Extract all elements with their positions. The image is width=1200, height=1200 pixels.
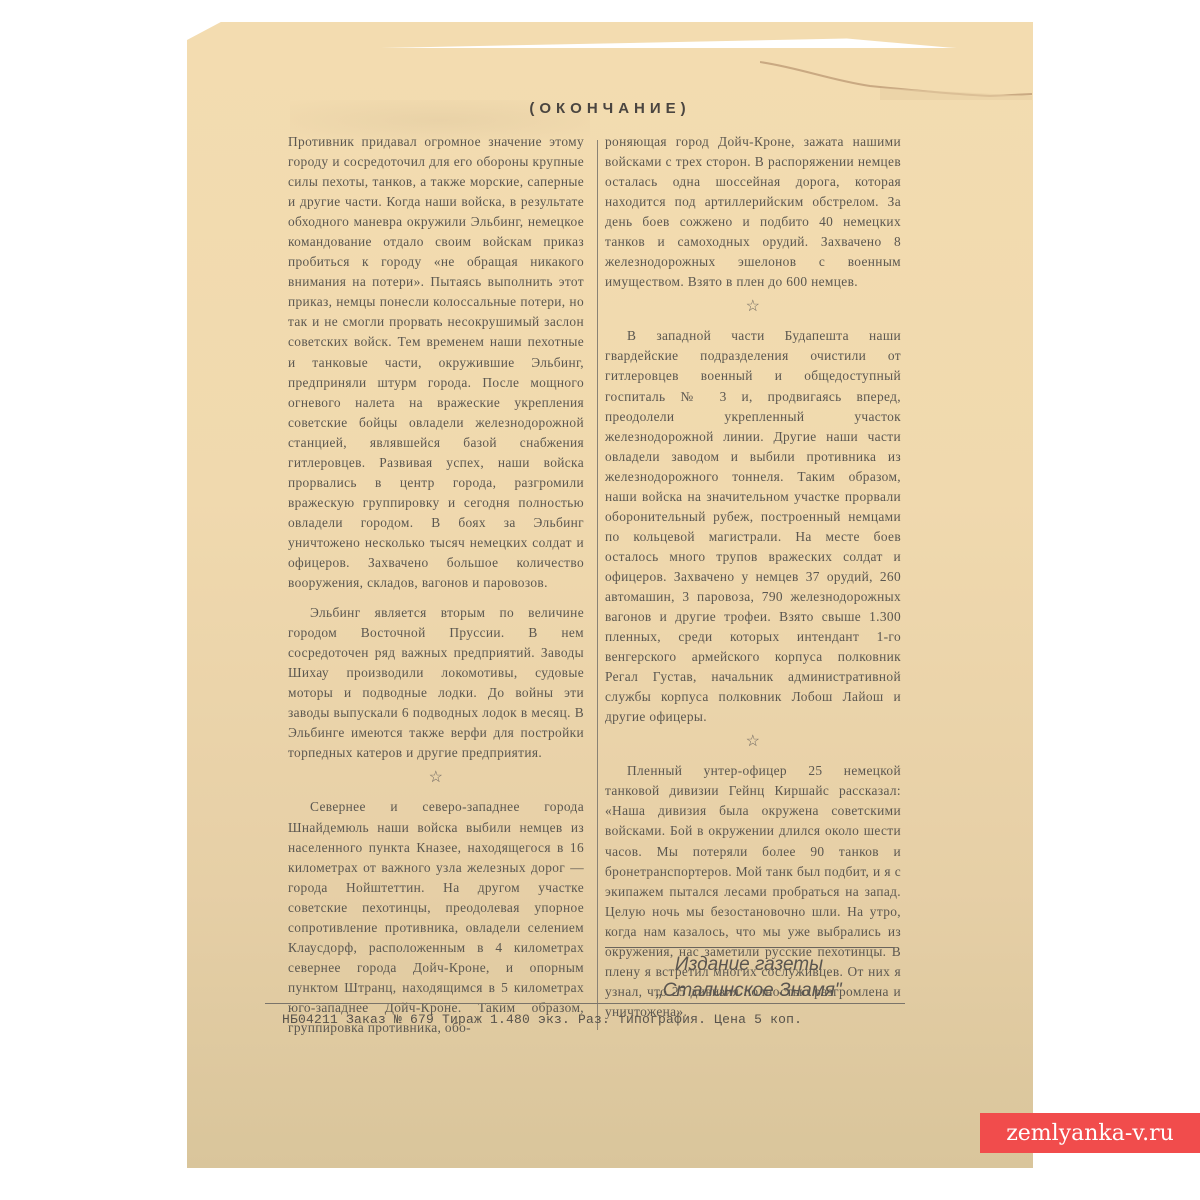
paragraph: В западной части Будапешта наши гвардейс… <box>605 326 901 727</box>
headline: (ОКОНЧАНИЕ) <box>330 100 890 117</box>
paragraph: Эльбинг является вторым по величине горо… <box>288 603 584 763</box>
print-imprint: НБ04211 Заказ № 679 Тираж 1.480 экз. Раз… <box>282 1012 902 1027</box>
paragraph: Противник придавал огромное значение это… <box>288 132 584 593</box>
star-separator-icon: ☆ <box>605 296 901 318</box>
colophon: Издание газеты „Сталинское Знамя" <box>605 952 893 1004</box>
watermark-badge[interactable]: zemlyanka-v.ru <box>980 1113 1200 1153</box>
star-separator-icon: ☆ <box>605 731 901 753</box>
colophon-line-1: Издание газеты <box>605 952 893 978</box>
paragraph: роняющая город Дойч-Кроне, зажата нашими… <box>605 132 901 292</box>
paragraph: Севернее и северо-западнее города Шнайде… <box>288 797 584 1038</box>
tear-mark <box>760 60 1032 100</box>
column-divider <box>597 140 598 1030</box>
star-separator-icon: ☆ <box>288 767 584 789</box>
colophon-rule <box>605 947 893 948</box>
article-column-left: Противник придавал огромное значение это… <box>288 132 584 1038</box>
footer-rule <box>265 1003 905 1004</box>
colophon-line-2: „Сталинское Знамя" <box>605 978 893 1004</box>
article-column-right: роняющая город Дойч-Кроне, зажата нашими… <box>605 132 901 1022</box>
watermark-text: zemlyanka-v.ru <box>1006 1121 1174 1146</box>
